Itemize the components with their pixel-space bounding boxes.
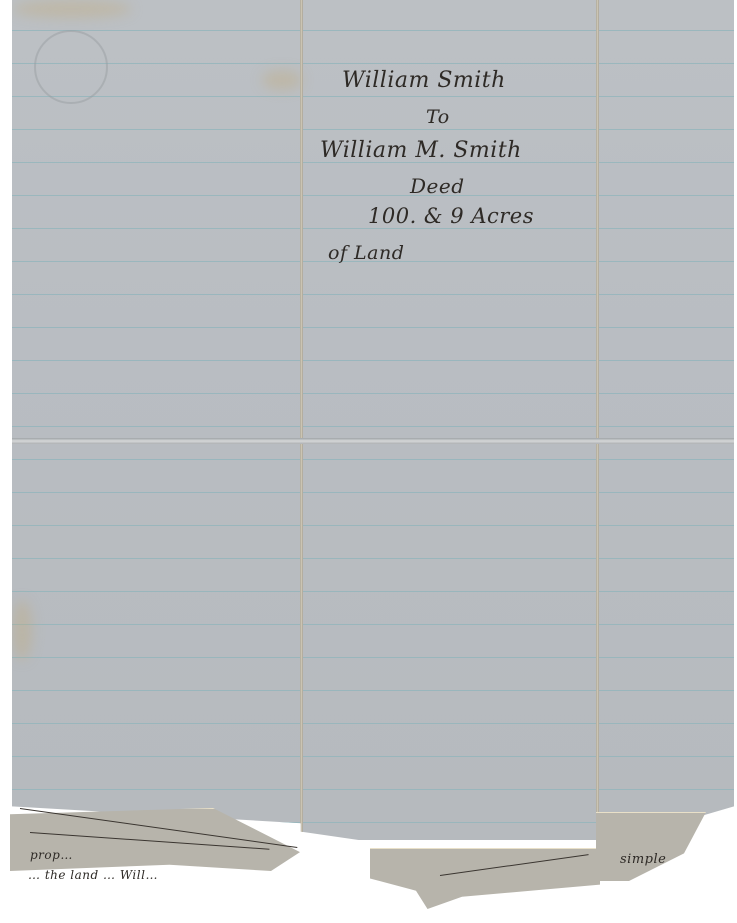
ruled-line xyxy=(12,756,734,757)
ruled-line xyxy=(12,327,734,328)
ruled-line xyxy=(12,360,734,361)
ruled-line xyxy=(12,459,734,460)
ruled-line xyxy=(12,492,734,493)
fragment-text: … the land … Will… xyxy=(28,868,158,882)
stain xyxy=(12,0,132,18)
embossed-seal xyxy=(34,30,108,104)
stain xyxy=(262,70,302,90)
ruled-line xyxy=(12,294,734,295)
ruled-line xyxy=(12,558,734,559)
ruled-line xyxy=(12,63,734,64)
docket-line-acreage: 100. & 9 Acres xyxy=(368,204,534,228)
fragment-text: simple xyxy=(620,852,666,867)
stain xyxy=(12,600,32,660)
ruled-line xyxy=(12,690,734,691)
docket-line-deed: Deed xyxy=(410,174,465,198)
ruled-line xyxy=(12,789,734,790)
docket-line-grantee: William M. Smith xyxy=(320,138,522,163)
horizontal-fold xyxy=(12,438,734,444)
ruled-line xyxy=(12,624,734,625)
vertical-fold-left xyxy=(300,0,303,840)
ruled-line xyxy=(12,129,734,130)
ruled-line xyxy=(12,723,734,724)
ruled-line xyxy=(12,393,734,394)
ruled-line xyxy=(12,657,734,658)
ruled-line xyxy=(12,591,734,592)
ruled-line xyxy=(12,96,734,97)
ruled-line xyxy=(12,195,734,196)
ruled-line xyxy=(12,228,734,229)
ruled-line xyxy=(12,30,734,31)
docket-line-land: of Land xyxy=(328,242,404,264)
docket-line-to: To xyxy=(426,106,450,128)
docket-line-grantor: William Smith xyxy=(342,68,506,93)
deed-paper: William Smith To William M. Smith Deed 1… xyxy=(12,0,734,840)
ruled-line xyxy=(12,525,734,526)
fragment-text: prop… xyxy=(30,848,73,862)
ruled-line xyxy=(12,426,734,427)
torn-flap-right xyxy=(596,812,706,881)
vertical-fold-right xyxy=(596,0,599,840)
